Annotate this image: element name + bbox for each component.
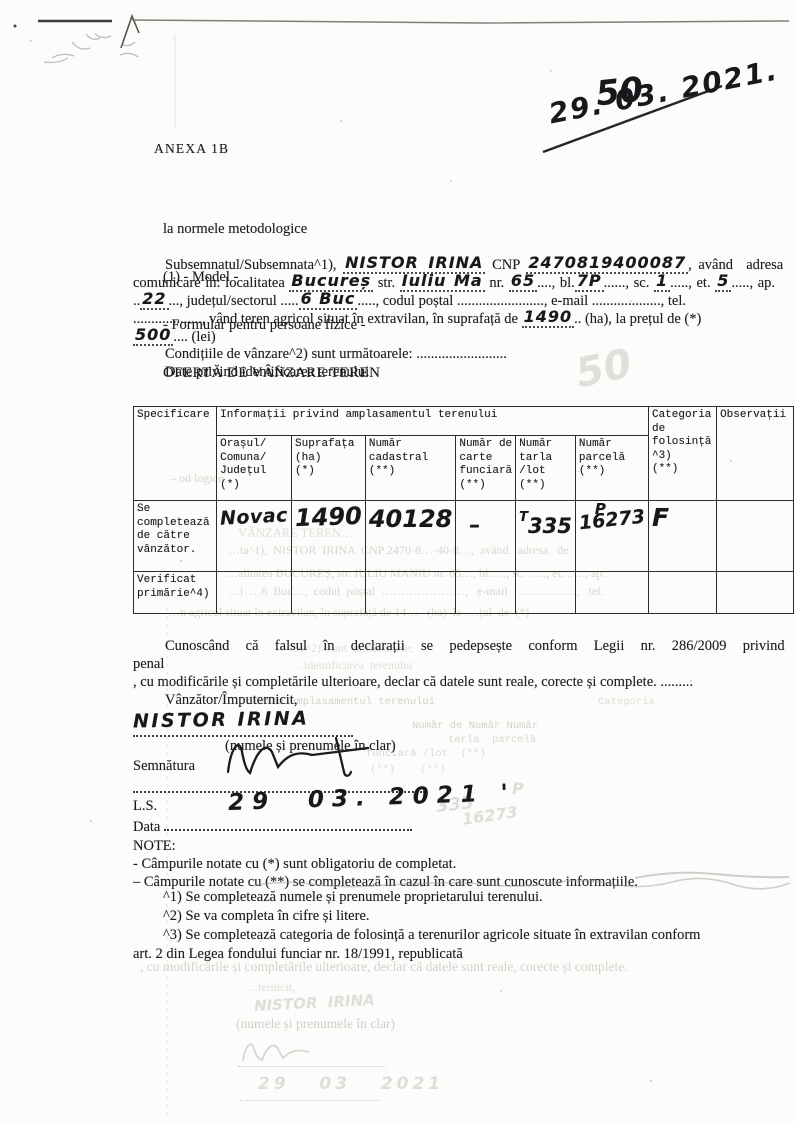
anexa-label: ANEXA 1B <box>154 141 229 157</box>
header-cadastral: Număr cadastral (**) <box>365 436 456 501</box>
signature-label: Semnătura <box>133 755 769 777</box>
ghost-bleedthrough-text: (numele și prenumele în clar) <box>236 1016 395 1032</box>
header-oras: Orașul/ Comuna/ Județul (*) <box>217 436 292 501</box>
handwritten-suprafata: 1490 <box>295 510 362 526</box>
declaration-line-1: Cunoscând că falsul în declarații se ped… <box>133 637 769 655</box>
cell-empty <box>717 572 794 614</box>
date-dotted-line <box>164 815 412 831</box>
page-top-edge-line-2 <box>132 20 789 23</box>
handwritten-tarla: T335 <box>519 511 572 534</box>
declaration-line-2: penal <box>133 655 769 673</box>
printed-text: Condițiile de vânzare^2) sunt următoarel… <box>165 346 507 362</box>
cell-carte-funciara: – <box>456 501 516 572</box>
land-data-heading: Date privind identificarea terenului <box>133 363 769 381</box>
declaration-block: Cunoscând că falsul în declarații se ped… <box>133 637 769 891</box>
offer-paragraph: Subsemnatul/Subsemnata^1), NISTOR IRINA … <box>133 255 769 381</box>
stamp-date-handwritten: 29. 03. 2021. <box>546 53 781 130</box>
ghost-bleedthrough-text: …ternicit, <box>246 980 295 995</box>
cell-oras: Novac <box>217 501 292 572</box>
handwritten-oras: Novac <box>220 509 289 526</box>
paragraph-line: comunicare în: localitatea Bucureș str. … <box>133 273 769 291</box>
cell-empty <box>516 572 576 614</box>
footnote-3: ^3) Se completează categoria de folosinț… <box>133 926 773 945</box>
handwritten-entry: 22 <box>140 289 168 310</box>
header-suprafata: Suprafața (ha) (*) <box>292 436 366 501</box>
notes-title: NOTE: <box>133 837 769 855</box>
cell-empty <box>456 572 516 614</box>
printed-text: , având adresa de <box>688 257 794 273</box>
handwritten-entry: 65 <box>509 271 537 292</box>
sale-conditions-line: Condițiile de vânzare^2) sunt următoarel… <box>133 345 769 363</box>
cell-parcela: P16273 <box>575 501 648 572</box>
ghost-bleedthrough-text: 29 03 2021 <box>258 1074 444 1094</box>
handwritten-parcela: P16273 <box>579 503 645 529</box>
scan-dot <box>14 25 17 28</box>
signer-name-field: NISTOR IRINA <box>133 709 353 737</box>
header-specificare: Specificare <box>134 407 217 501</box>
handwritten-signer-name: NISTOR IRINA <box>133 707 310 732</box>
cell-suprafata: 1490 <box>292 501 366 572</box>
handwritten-entry: 500 <box>133 325 173 346</box>
header-parcela: Număr parcelă (**) <box>575 436 648 501</box>
date-field: Data <box>133 815 769 837</box>
handwritten-categoria: F <box>652 511 669 525</box>
scanned-document-page: 50– od logiceVÂNZARE TEREN……ta^1), NISTO… <box>0 0 794 1123</box>
name-caption: (numele și prenumele în clar) <box>133 737 769 755</box>
header-categoria: Categoria de folosință ^3) (**) <box>648 407 716 501</box>
handwritten-entry: 5 <box>715 271 731 292</box>
cell-empty <box>648 572 716 614</box>
note-item-1: - Câmpurile notate cu (*) sunt obligator… <box>133 855 769 873</box>
printed-text: .... (lei) <box>173 329 215 345</box>
footnotes-block: ^1) Se completează numele și prenumele p… <box>133 888 773 964</box>
paragraph-line: ..22..., județul/sectorul .....6 Buc....… <box>133 291 769 309</box>
header-carte-funciara: Număr de carte funciară (**) <box>456 436 516 501</box>
printed-text: ......, sc. <box>604 275 654 291</box>
handwritten-entry: 6 Buc <box>299 289 358 310</box>
handwritten-entry: 7P <box>575 271 604 292</box>
cell-categoria: F <box>648 501 716 572</box>
paragraph-line: ..................., vând teren agricol … <box>133 309 769 327</box>
pencil-smudge <box>44 34 138 63</box>
ghost-signature-stroke <box>243 1044 308 1060</box>
printed-text: ...., bl. <box>537 275 575 291</box>
handwritten-entry: 1 <box>654 271 670 292</box>
ghost-dotted-line <box>238 1066 386 1067</box>
intro-line-1: la normele metodologice <box>163 221 380 237</box>
cell-empty <box>575 572 648 614</box>
handwritten-dash: – <box>469 519 480 533</box>
top-caret-mark <box>121 16 139 48</box>
footnote-3-continuation: art. 2 din Legea fondului funciar nr. 18… <box>133 945 773 964</box>
cell-observatii <box>717 501 794 572</box>
printed-text: ....., ap. <box>731 275 775 291</box>
date-label: Data <box>133 819 160 835</box>
printed-text: .. (ha), la prețul de (*) <box>574 311 701 327</box>
footnote-1: ^1) Se completează numele și prenumele p… <box>133 888 773 907</box>
header-tarla: Număr tarla /lot (**) <box>516 436 576 501</box>
handwritten-cadastral: 40128 <box>369 513 453 527</box>
ghost-bleedthrough-text: NISTOR IRINA <box>254 991 376 1015</box>
cell-tarla: T335 <box>516 501 576 572</box>
declaration-line-3: , cu modificările și completările ulteri… <box>133 673 769 691</box>
printed-text: ..................., vând teren agricol … <box>133 311 522 327</box>
cell-empty <box>365 572 456 614</box>
ghost-dotted-line <box>240 1100 380 1101</box>
paragraph-line: 500.... (lei) <box>133 327 769 345</box>
row-vanzator-label: Se completează de către vânzător. <box>134 501 217 572</box>
signer-role-label: Vânzător/Împuternicit, <box>133 691 769 709</box>
header-observatii: Observații <box>717 407 794 501</box>
row-primarie-label: Verificat primărie^4) <box>134 572 217 614</box>
printed-text: nr. <box>485 275 509 291</box>
land-identification-table: Specificare Informații privind amplasame… <box>133 406 794 614</box>
handwritten-tarla-prefix: T <box>519 510 528 525</box>
cell-empty <box>292 572 366 614</box>
handwritten-entry: Iuliu Ma <box>400 271 485 292</box>
handwritten-entry: 1490 <box>522 307 575 328</box>
printed-text: ....., et. <box>670 275 715 291</box>
footnote-2: ^2) Se va completa în cifre și litere. <box>133 907 773 926</box>
header-info-span: Informații privind amplasamentul terenul… <box>217 407 649 436</box>
cell-empty <box>217 572 292 614</box>
printed-text: str. <box>373 275 400 291</box>
cell-cadastral: 40128 <box>365 501 456 572</box>
printed-text: Date privind identificarea terenului <box>165 364 369 380</box>
printed-text: ..., județul/sectorul ..... <box>169 293 299 309</box>
scan-speckles <box>30 40 32 42</box>
